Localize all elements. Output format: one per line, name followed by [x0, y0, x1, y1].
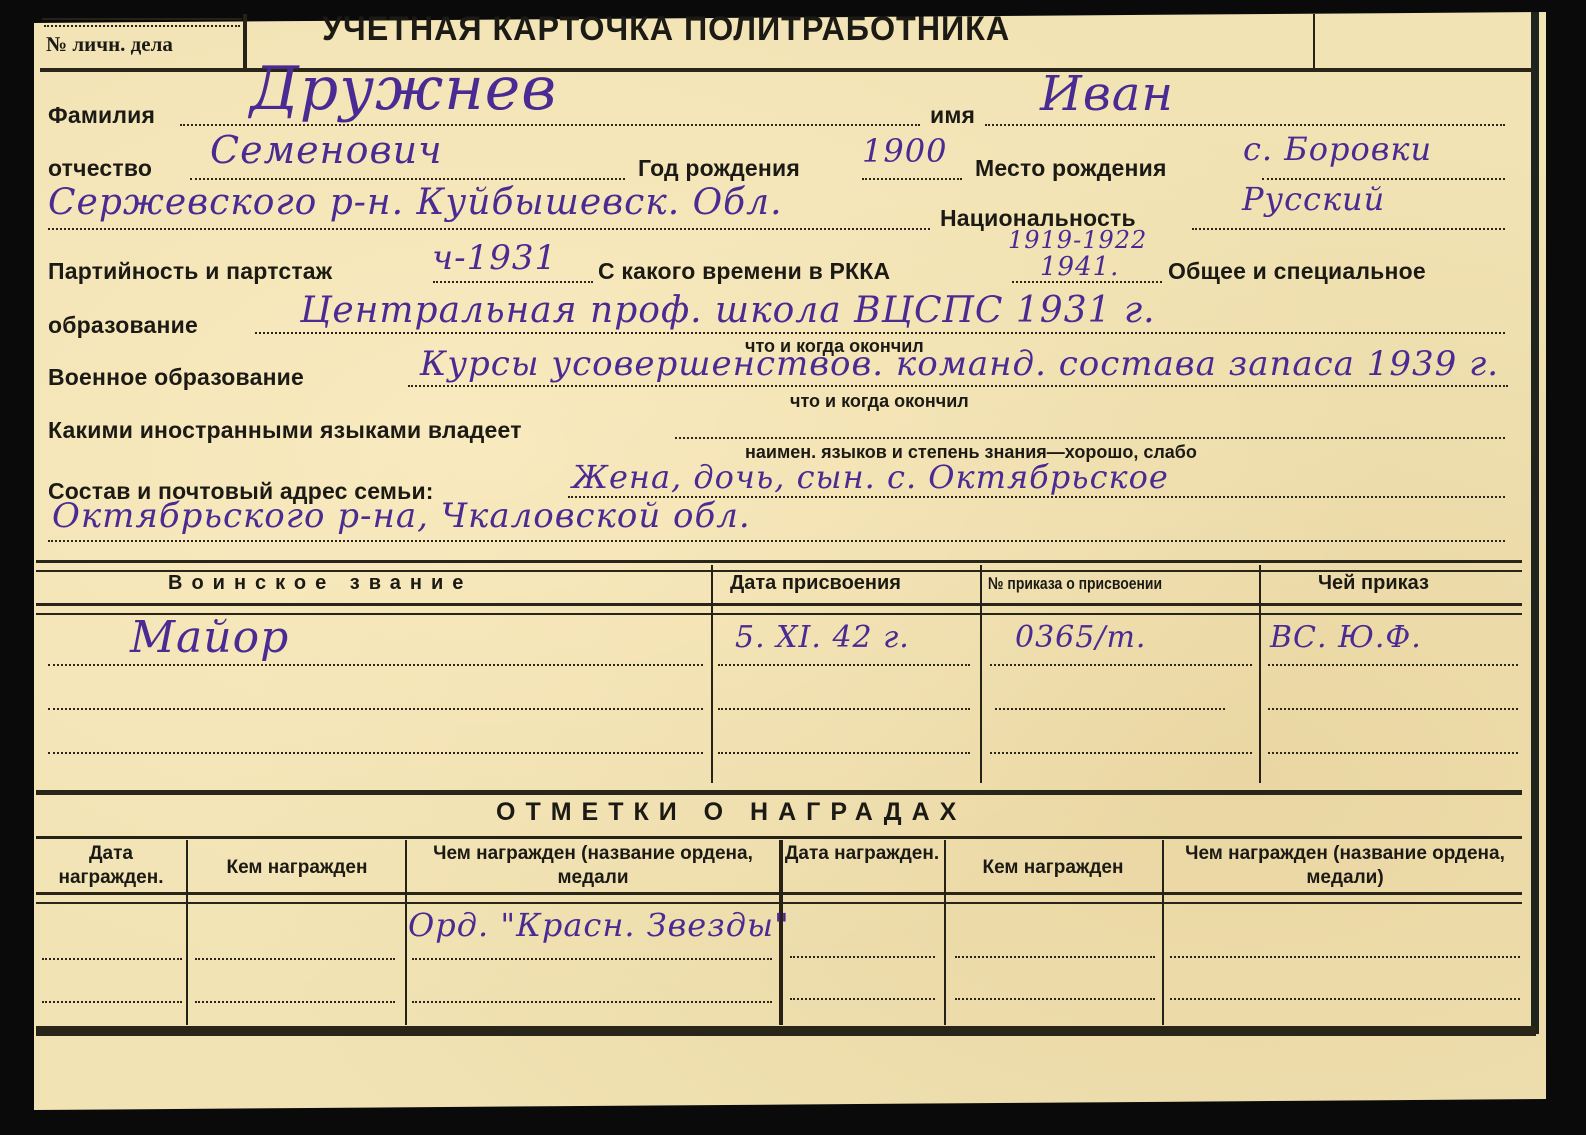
rank-row-line — [1268, 664, 1518, 666]
name-value[interactable]: Иван — [1040, 66, 1174, 122]
general-education-label-2: образование — [48, 312, 198, 339]
awards-row-line — [42, 958, 182, 960]
birth-place-cont-line — [48, 228, 930, 230]
name-label: имя — [930, 102, 975, 129]
rank-row-line — [48, 752, 703, 754]
awards-col-divider-1 — [186, 840, 188, 1025]
awards-col-divider-5 — [1162, 840, 1164, 1025]
rank-row-line — [48, 664, 703, 666]
military-education-label: Военное образование — [48, 364, 304, 391]
languages-label: Какими иностранными языками владеет — [48, 417, 522, 444]
awards-header-what-right: Чем награжден (название ордена, медали) — [1164, 842, 1526, 890]
patronymic-label: отчество — [48, 155, 152, 182]
patronymic-line — [190, 178, 625, 180]
languages-line — [675, 437, 1505, 439]
personal-file-label: № личн. дела — [46, 32, 173, 57]
awards-row-line — [955, 956, 1155, 958]
awards-row-line — [955, 998, 1155, 1000]
birth-year-value[interactable]: 1900 — [862, 132, 947, 170]
document-title: УЧЕТНАЯ КАРТОЧКА ПОЛИТРАБОТНИКА — [322, 10, 1010, 49]
award-value[interactable]: Орд. "Красн. Звезды" — [408, 906, 790, 944]
rank-table-top-rule — [36, 560, 1522, 572]
rank-row-line — [995, 708, 1225, 710]
awards-row-line — [195, 1001, 395, 1003]
rank-row-line — [990, 664, 1252, 666]
surname-value[interactable]: Дружнев — [250, 54, 557, 124]
rank-header-rank: Воинское звание — [168, 572, 472, 595]
rank-value[interactable]: Майор — [130, 612, 289, 663]
card-right-border — [1531, 12, 1539, 1034]
nationality-value[interactable]: Русский — [1242, 180, 1385, 218]
family-value-cont[interactable]: Октябрьского р-на, Чкаловской обл. — [52, 496, 751, 536]
general-education-line — [255, 332, 1505, 334]
rank-date-value[interactable]: 5. XI. 42 г. — [735, 620, 910, 655]
rank-row-line — [718, 752, 970, 754]
rank-header-date: Дата присвоения — [730, 572, 901, 595]
family-value[interactable]: Жена, дочь, сын. с. Октябрьское — [572, 458, 1169, 496]
header-top-rule — [42, 18, 242, 20]
awards-header-what-left: Чем награжден (название ордена, медали — [408, 842, 778, 890]
awards-row-line — [195, 958, 395, 960]
awards-row-line — [1170, 956, 1520, 958]
birth-year-label: Год рождения — [638, 155, 800, 182]
rank-col-divider-2 — [980, 565, 982, 783]
name-line — [985, 124, 1505, 126]
personal-file-line — [44, 25, 240, 27]
awards-header-date-right: Дата награжден. — [782, 842, 942, 866]
awards-row-line — [412, 1001, 772, 1003]
general-education-label-1: Общее и специальное — [1168, 258, 1426, 285]
rank-row-line — [718, 664, 970, 666]
nationality-line — [1192, 228, 1505, 230]
birth-place-label: Место рождения — [975, 155, 1167, 182]
awards-header-by-left: Кем награжден — [188, 856, 406, 880]
awards-bottom-rule — [36, 1026, 1536, 1036]
awards-top-rule — [36, 790, 1522, 795]
surname-line — [180, 124, 920, 126]
birth-place-value[interactable]: с. Боровки — [1243, 130, 1432, 168]
party-line — [433, 281, 593, 283]
general-education-value[interactable]: Центральная проф. школа ВЦСПС 1931 г. — [300, 290, 1156, 331]
birth-place-value-cont[interactable]: Сержевского р-н. Куйбышевск. Обл. — [48, 182, 783, 223]
rank-col-divider-1 — [711, 565, 713, 783]
rank-row-line — [1268, 708, 1518, 710]
awards-header-top-rule — [36, 836, 1522, 839]
rank-row-line — [1268, 752, 1518, 754]
header-divider-left — [243, 14, 247, 70]
rank-row-line — [718, 708, 970, 710]
rkka-value-above[interactable]: 1919-1922 — [1008, 226, 1147, 254]
rank-issuer-value[interactable]: ВС. Ю.Ф. — [1270, 620, 1422, 655]
birth-year-line — [862, 178, 962, 180]
rank-header-issuer: Чей приказ — [1318, 572, 1429, 595]
rank-col-divider-3 — [1259, 565, 1261, 783]
surname-label: Фамилия — [48, 102, 155, 129]
party-label: Партийность и партстаж — [48, 258, 332, 285]
awards-row-line — [42, 1001, 182, 1003]
awards-header-by-right: Кем награжден — [944, 856, 1162, 880]
party-value[interactable]: ч-1931 — [432, 238, 557, 278]
awards-col-divider-4 — [944, 840, 946, 1025]
awards-col-divider-2 — [405, 840, 407, 1025]
awards-row-line — [790, 998, 935, 1000]
military-education-line — [408, 385, 1508, 387]
rkka-value[interactable]: 1941. — [1040, 252, 1119, 282]
rkka-label: С какого времени в РККА — [598, 258, 890, 285]
awards-section-title: ОТМЕТКИ О НАГРАДАХ — [496, 798, 966, 827]
family-cont-line — [48, 540, 1505, 542]
awards-row-line — [412, 958, 772, 960]
rank-header-order-no: № приказа о присвоении — [988, 574, 1162, 594]
military-education-value[interactable]: Курсы усовершенствов. команд. состава за… — [420, 344, 1499, 384]
rank-order-value[interactable]: 0365/т. — [1015, 620, 1146, 655]
rank-row-line — [48, 708, 703, 710]
military-education-hint: что и когда окончил — [790, 391, 969, 412]
patronymic-value[interactable]: Семенович — [210, 128, 443, 172]
awards-row-line — [1170, 998, 1520, 1000]
awards-row-line — [790, 956, 935, 958]
rank-row-line — [990, 752, 1252, 754]
awards-header-date-left: Дата награжден. — [36, 842, 186, 890]
header-divider-right — [1313, 14, 1315, 70]
